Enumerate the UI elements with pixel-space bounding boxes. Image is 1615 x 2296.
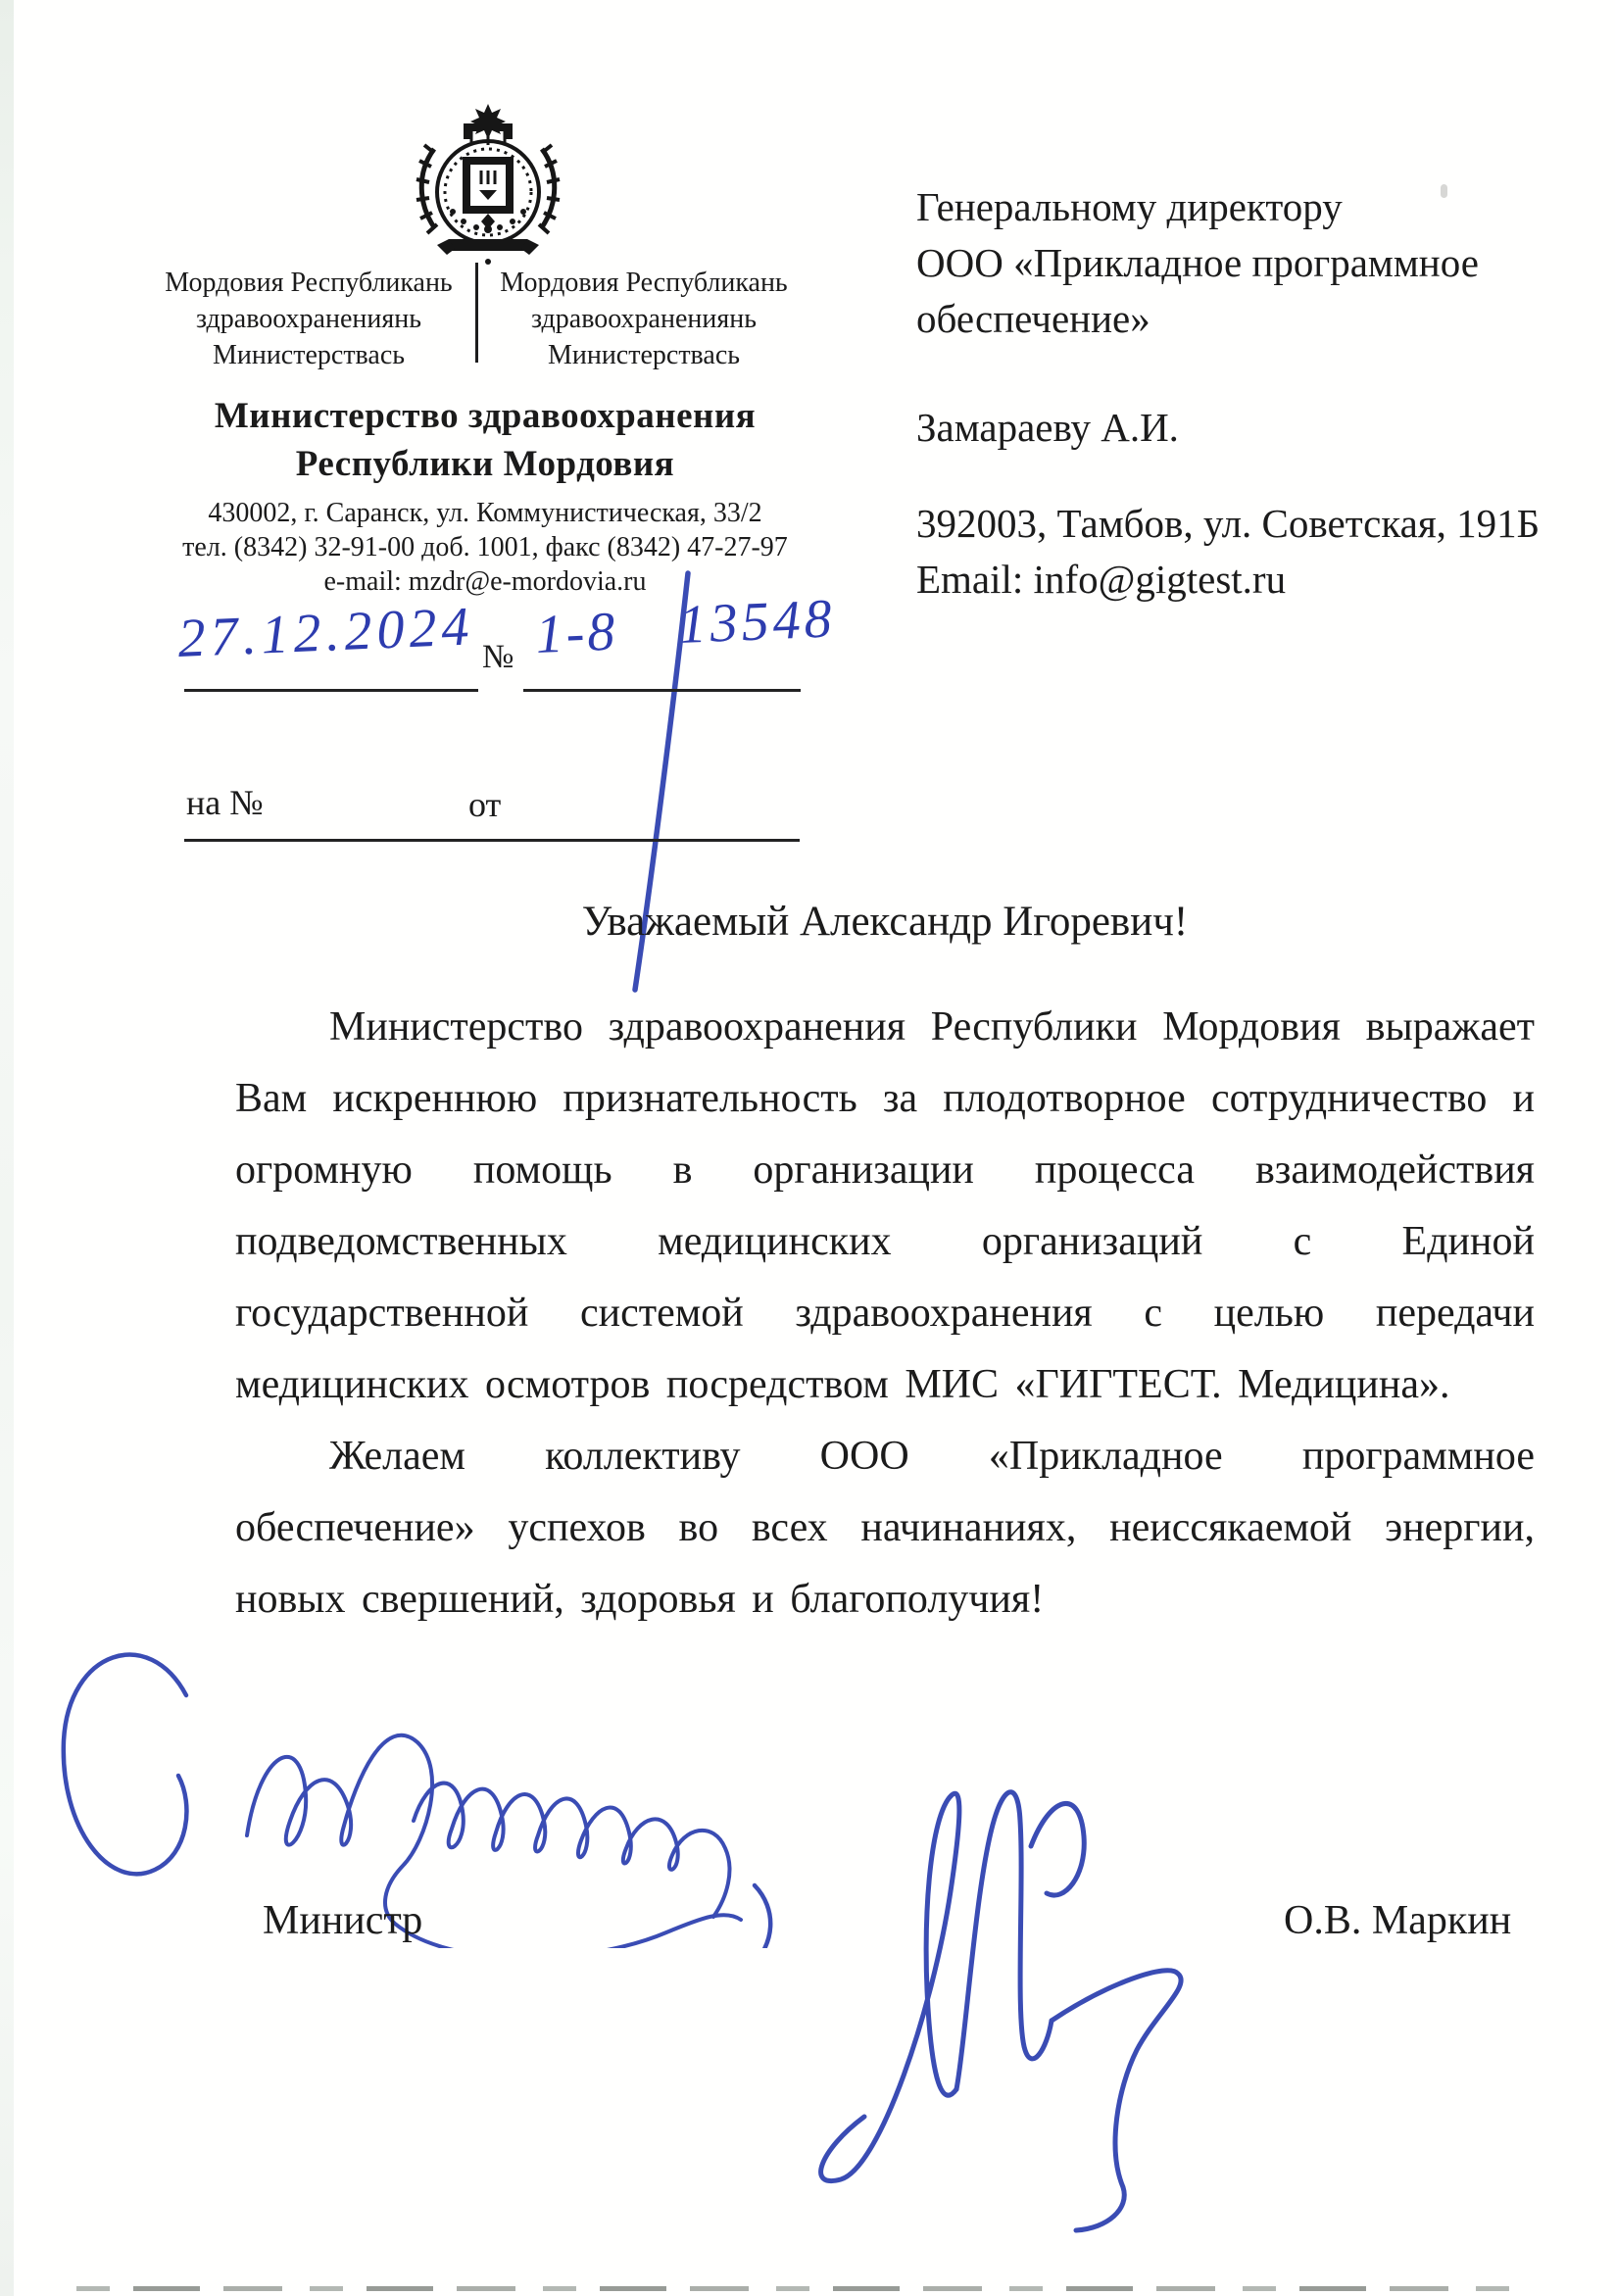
mordovia-coat-of-arms-icon [405, 102, 571, 267]
bottom-scan-artifact [76, 2286, 1527, 2291]
minister-signature-stroke [784, 1727, 1205, 2236]
handwritten-date: 27.12.2024 [176, 595, 474, 670]
address-line: тел. (8342) 32-91-00 доб. 1001, факс (83… [147, 530, 823, 564]
ministry-name-line: Республики Мордовия [147, 440, 823, 488]
recipient-line1: Генеральному директору [916, 179, 1343, 235]
body-paragraph-1: Министерство здравоохранения Республики … [235, 992, 1535, 1421]
letterhead-line: Министерствась [482, 337, 806, 373]
scan-edge-strip [0, 0, 14, 2296]
recipient-line3: обеспечение» [916, 291, 1150, 347]
salutation: Уважаемый Александр Игоревич! [235, 898, 1535, 946]
recipient-line2: ООО «Прикладное программное [916, 235, 1479, 291]
letterhead-line: здравоохранениянь [482, 301, 806, 337]
handwritten-number-part1: 1-8 [534, 601, 618, 666]
ministry-name: Министерство здравоохранения Республики … [147, 392, 823, 488]
recipient-email: Email: info@gigtest.ru [916, 552, 1286, 608]
letterhead-line: Мордовия Республикань [147, 265, 470, 301]
ministry-address: 430002, г. Саранск, ул. Коммунистическая… [147, 496, 823, 599]
ministry-name-line: Министерство здравоохранения [147, 392, 823, 440]
recipient-address: 392003, Тамбов, ул. Советская, 191Б [916, 496, 1540, 552]
reply-from-label: от [468, 784, 501, 825]
letterhead-divider [475, 263, 478, 363]
letterhead-line: здравоохранениянь [147, 301, 470, 337]
handwritten-closing-flourish [39, 1586, 902, 1948]
letterhead-right-block: Мордовия Республикань здравоохранениянь … [482, 265, 806, 373]
signer-name: О.В. Маркин [1284, 1897, 1511, 1944]
letterhead-line: Мордовия Республикань [482, 265, 806, 301]
recipient-name: Замараеву А.И. [916, 400, 1179, 456]
number-underline [523, 689, 801, 692]
date-underline [184, 689, 478, 692]
scanned-letter-page: Мордовия Республикань здравоохранениянь … [0, 0, 1615, 2296]
scan-speck [1441, 184, 1447, 198]
reply-to-number-label: на № [186, 782, 264, 823]
letterhead-line: Министерствась [147, 337, 470, 373]
reply-underline [184, 839, 800, 842]
letterhead-left-block: Мордовия Республикань здравоохранениянь … [147, 265, 470, 373]
address-line: 430002, г. Саранск, ул. Коммунистическая… [147, 496, 823, 530]
signer-position-title: Министр [263, 1897, 422, 1944]
number-sign: № [482, 639, 514, 676]
